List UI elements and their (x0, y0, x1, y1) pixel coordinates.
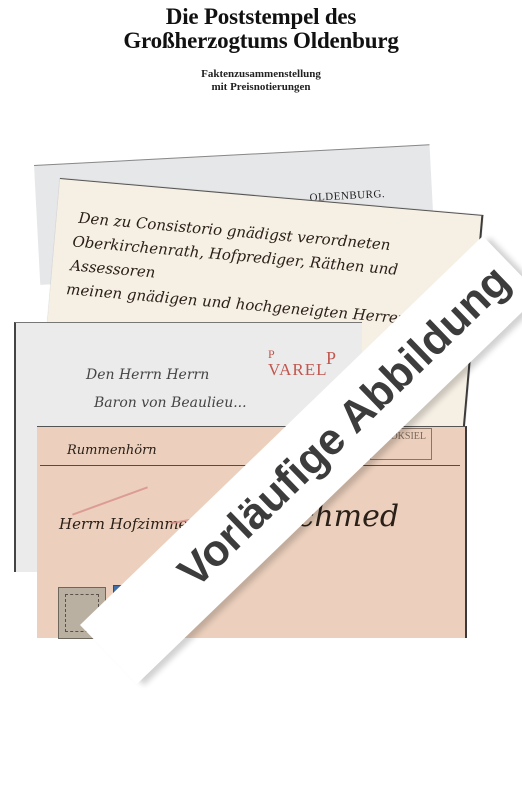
book-title-line-2: Großherzogtums Oldenburg (0, 28, 522, 54)
cream-handwriting-4: meinen gnädigen und hochgeneigten Herren (66, 280, 409, 328)
cream-handwriting-3: Assessoren (70, 256, 156, 281)
gray-handwriting-1: Den Herrn Herrn (86, 367, 209, 383)
varel-p-mark-2: P (326, 351, 337, 366)
varel-postmark: P VAREL P (268, 347, 327, 377)
varel-name: VAREL (268, 362, 327, 377)
gray-handwriting-2: Baron von Beaulieu... (94, 395, 247, 411)
book-subtitle-line-1: Faktenzusammenstellung (0, 68, 522, 80)
peach-handwriting-0: Rummenhörn (67, 443, 157, 458)
book-title-line-1: Die Poststempel des (0, 4, 522, 30)
book-subtitle-line-2: mit Preisnotierungen (0, 81, 522, 93)
